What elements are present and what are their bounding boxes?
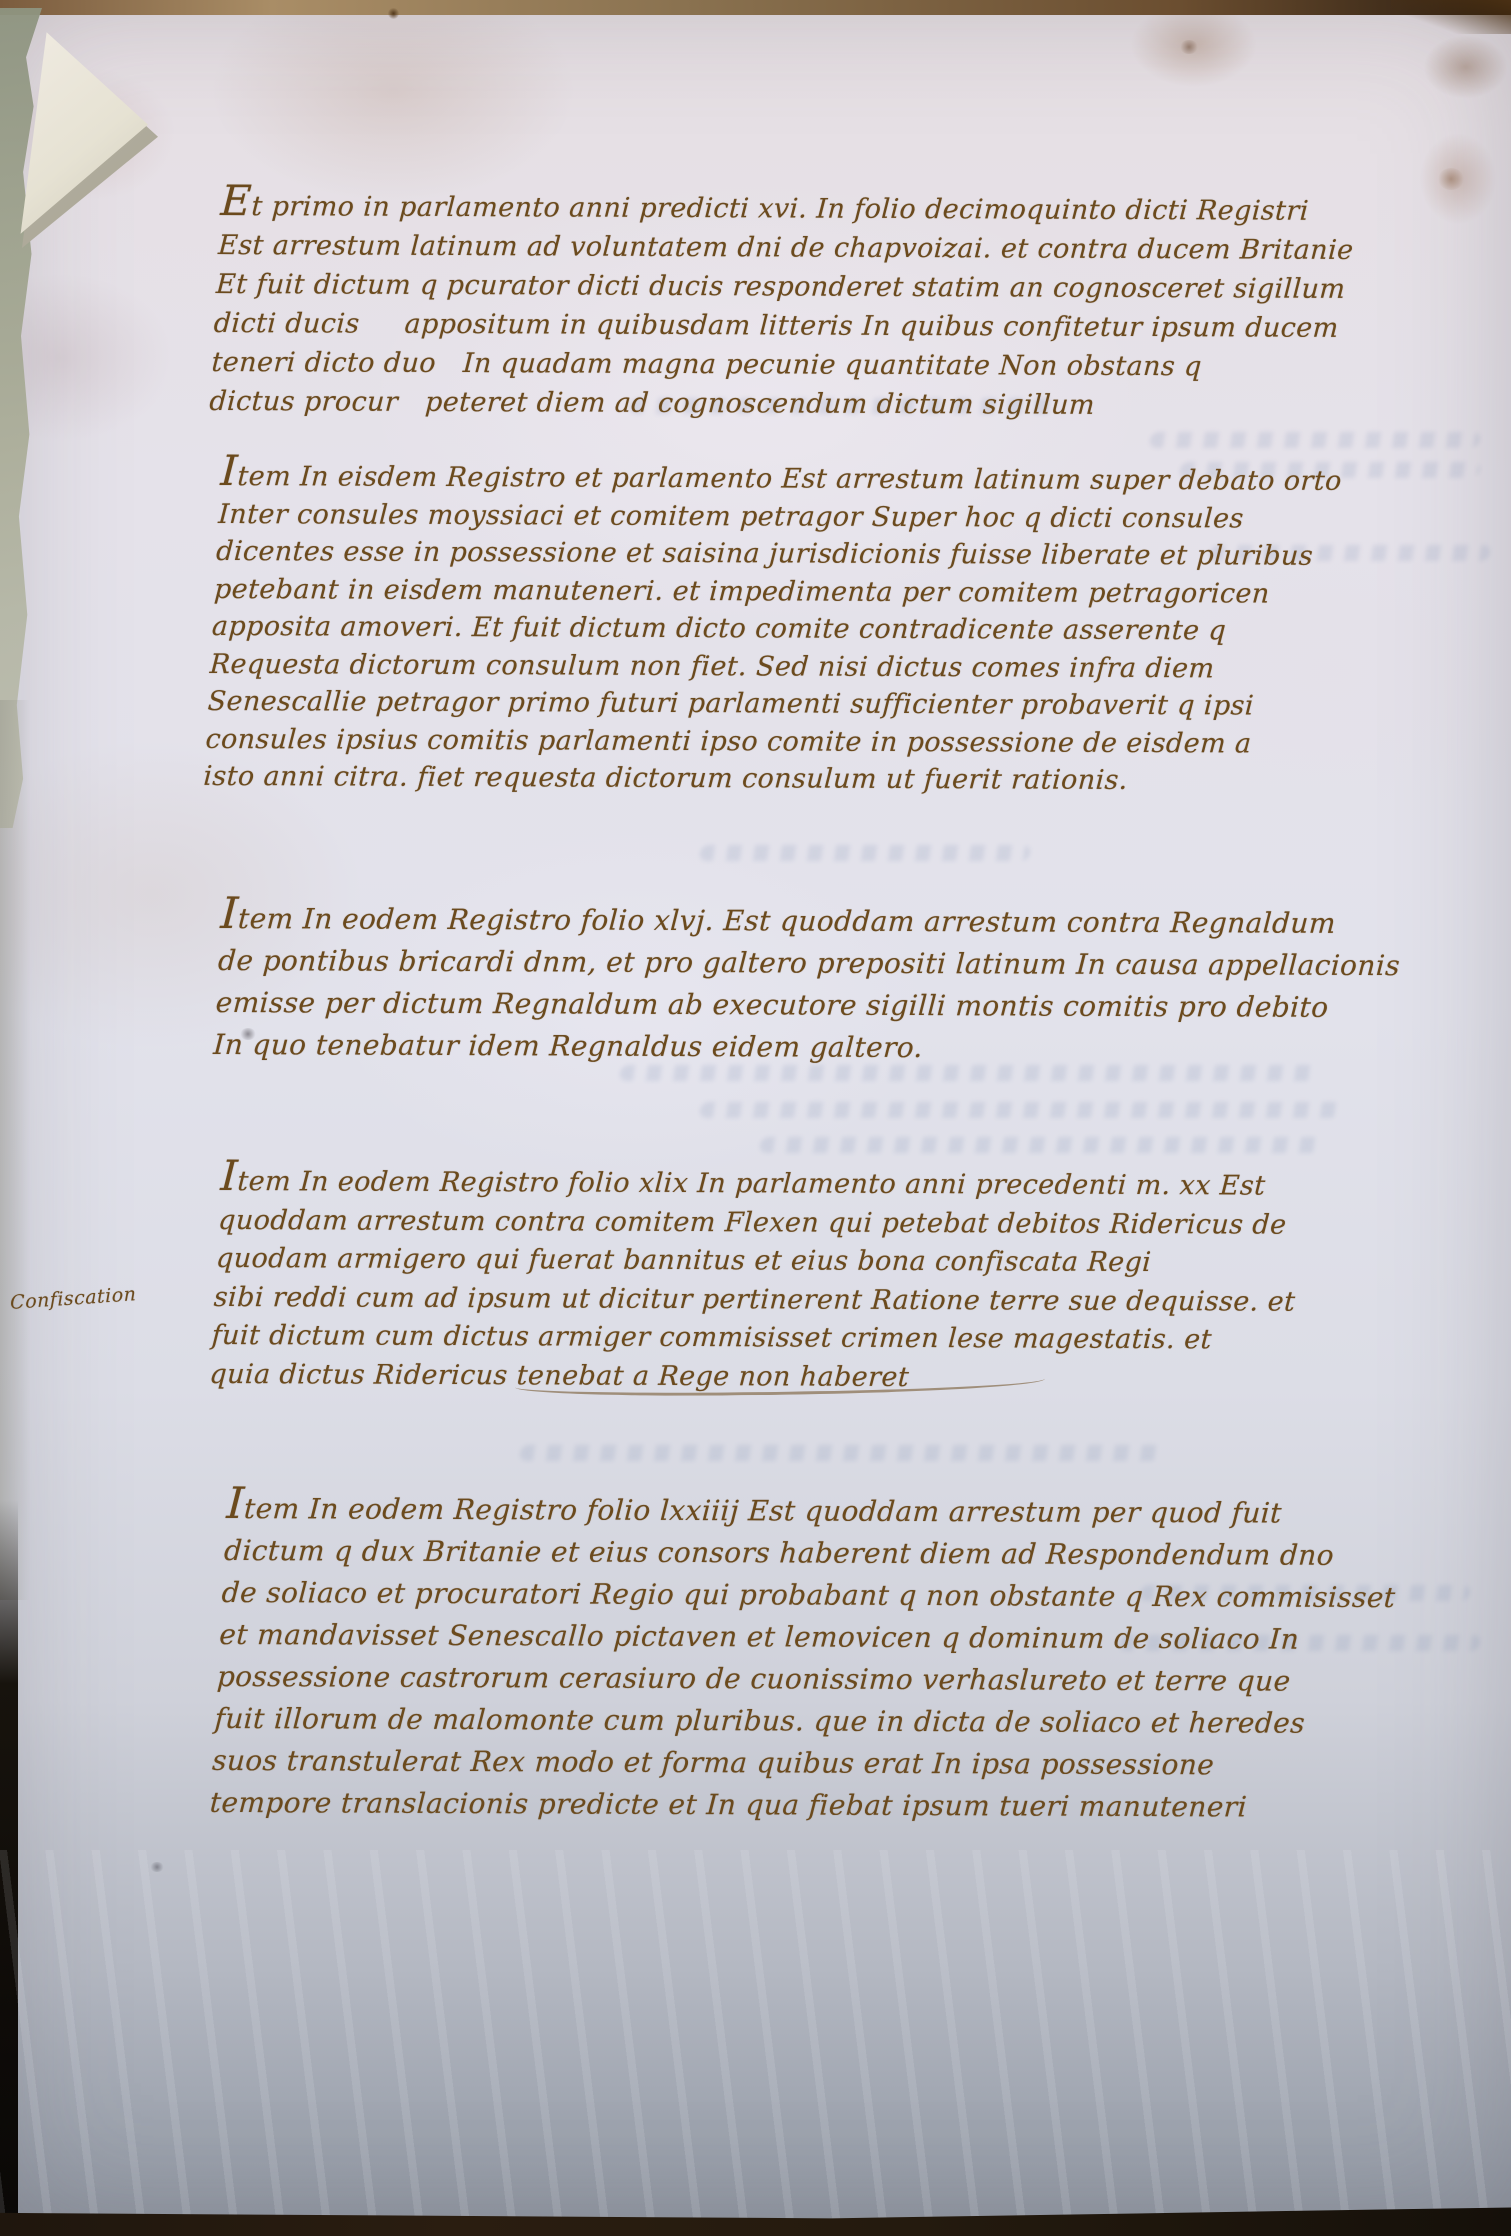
bleed-through-line <box>699 845 1031 861</box>
manuscript-line: tempore translacionis predicte et In qua… <box>209 1782 1385 1829</box>
manuscript-line: apposita amoveri. Et fuit dictum dicto c… <box>211 608 1334 650</box>
manuscript-line: isto anni citra. fiet requesta dictorum … <box>202 758 1325 800</box>
bleed-through-line <box>519 1445 1161 1461</box>
manuscript-line: quodam armigero qui fuerat bannitus et e… <box>215 1240 1299 1283</box>
manuscript-line: et mandavisset Senescallo pictaven et le… <box>218 1614 1394 1661</box>
ink-stain <box>388 8 399 19</box>
paragraph-3: Item In eodem Registro folio xlvj. Est q… <box>212 893 1404 1071</box>
parchment-stain <box>1438 168 1464 190</box>
manuscript-line: petebant in eisdem manuteneri. et impedi… <box>213 570 1336 612</box>
bleed-through-line <box>699 1102 1341 1118</box>
marginal-note: Confiscation <box>10 1280 180 1314</box>
paragraph-4: Item In eodem Registro folio xlix In par… <box>208 1155 1303 1399</box>
manuscript-line: dicentes esse in possessione et saisina … <box>215 533 1338 575</box>
manuscript-line: Item In eisdem Registro et parlamento Es… <box>219 450 1343 500</box>
manuscript-line: suos transtulerat Rex modo et forma quib… <box>211 1740 1387 1787</box>
parchment-streaks <box>0 1850 1511 2236</box>
manuscript-line: Senescallie petragor primo futuri parlam… <box>207 683 1330 725</box>
manuscript-line: fuit dictum cum dictus armiger commisiss… <box>211 1317 1295 1360</box>
manuscript-line: de soliaco et procuratori Regio qui prob… <box>221 1572 1397 1619</box>
manuscript-line: dictum q dux Britanie et eius consors ha… <box>223 1530 1399 1577</box>
book-top-edge <box>0 0 1511 15</box>
manuscript-line: In quo tenebatur idem Regnaldus eidem ga… <box>212 1024 1396 1071</box>
paragraph-2: Item In eisdem Registro et parlamento Es… <box>202 450 1343 800</box>
manuscript-line: Et fuit dictum q pcurator dicti ducis re… <box>215 265 1352 309</box>
parchment-stain <box>1180 40 1198 54</box>
manuscript-line: fuit illorum de malomonte cum pluribus. … <box>213 1698 1389 1745</box>
manuscript-line: sibi reddi cum ad ipsum ut dicitur perti… <box>213 1278 1297 1321</box>
manuscript-page: Confiscation Et primo in parlamento anni… <box>0 0 1511 2236</box>
manuscript-line: Item In eodem Registro folio xlix In par… <box>219 1155 1303 1206</box>
paragraph-5: Item In eodem Registro folio lxxiiij Est… <box>209 1483 1402 1829</box>
manuscript-line: possessione castrorum cerasiuro de cuoni… <box>216 1656 1392 1703</box>
manuscript-line: Item In eodem Registro folio lxxiiij Est… <box>225 1483 1401 1535</box>
manuscript-line: Est arrestum latinum ad voluntatem dni d… <box>217 226 1354 270</box>
manuscript-line: Item In eodem Registro folio xlvj. Est q… <box>219 893 1404 945</box>
manuscript-line: de pontibus bricardi dnm, et pro galtero… <box>217 940 1401 987</box>
book-corner-shadow <box>1391 0 1511 34</box>
manuscript-line: Requesta dictorum consulum non fiet. Sed… <box>209 645 1332 687</box>
paragraph-1: Et primo in parlamento anni predicti xvi… <box>208 180 1357 426</box>
manuscript-line: quoddam arrestum contra comitem Flexen q… <box>217 1201 1301 1244</box>
manuscript-line: Inter consules moyssiaci et comitem petr… <box>217 495 1340 537</box>
manuscript-line: Et primo in parlamento anni predicti xvi… <box>219 180 1357 231</box>
folded-corner <box>18 28 148 238</box>
manuscript-line: dictus procur peteret diem ad cognoscend… <box>208 382 1345 426</box>
manuscript-line: consules ipsius comitis parlamenti ipso … <box>205 720 1328 762</box>
binding-shadow <box>0 700 30 1600</box>
manuscript-line: teneri dicto duo In quadam magna pecunie… <box>211 343 1348 387</box>
bleed-through-line <box>759 1137 1321 1153</box>
bleed-through-line <box>1149 432 1481 448</box>
manuscript-line: dicti ducis appositum in quibusdam litte… <box>213 304 1350 348</box>
manuscript-line: emisse per dictum Regnaldum ab executore… <box>215 982 1399 1029</box>
